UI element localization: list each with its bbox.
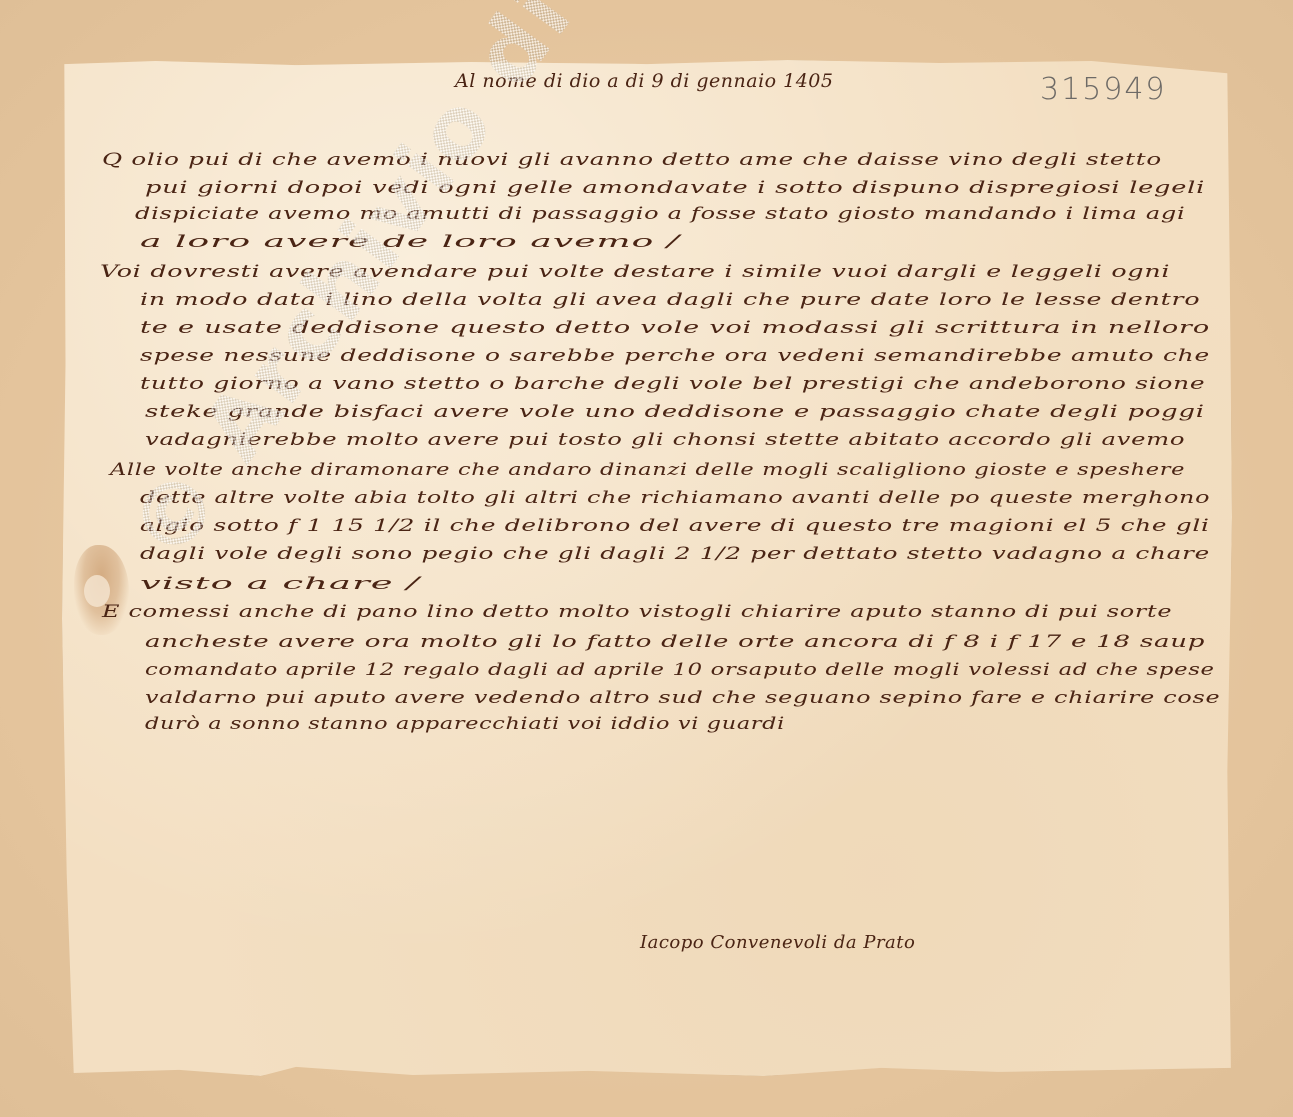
signature: Iacopo Convenevoli da Prato [640, 932, 915, 953]
letter-line: comandato aprile 12 regalo dagli ad apri… [145, 660, 1215, 680]
letter-line: valdarno pui aputo avere vedendo altro s… [145, 688, 1220, 708]
letter-line: dette altre volte abia tolto gli altri c… [140, 488, 1210, 508]
letter-line: visto a chare / [140, 574, 420, 594]
letter-line: durò a sonno stanno apparecchiati voi id… [145, 714, 785, 734]
archive-number: 315949 [1040, 72, 1167, 107]
letter-line: ancheste avere ora molto gli lo fatto de… [145, 632, 1205, 652]
letter-line: dagli vole degli sono pegio che gli dagl… [140, 544, 1210, 564]
letter-line: Q olio pui di che avemo i nuovi gli avan… [102, 150, 1162, 170]
letter-line: dispiciate avemo mo amutti di passaggio … [135, 204, 1185, 224]
letter-line: vadagnierebbe molto avere pui tosto gli … [145, 430, 1185, 450]
letter-line: algio sotto f 1 15 1/2 il che delibrono … [140, 516, 1210, 536]
letter-line: E comessi anche di pano lino detto molto… [102, 602, 1172, 622]
letter-line: Voi dovresti avere avendare pui volte de… [100, 262, 1170, 282]
letter-line: pui giorni dopoi vedi ogni gelle amondav… [145, 178, 1205, 198]
